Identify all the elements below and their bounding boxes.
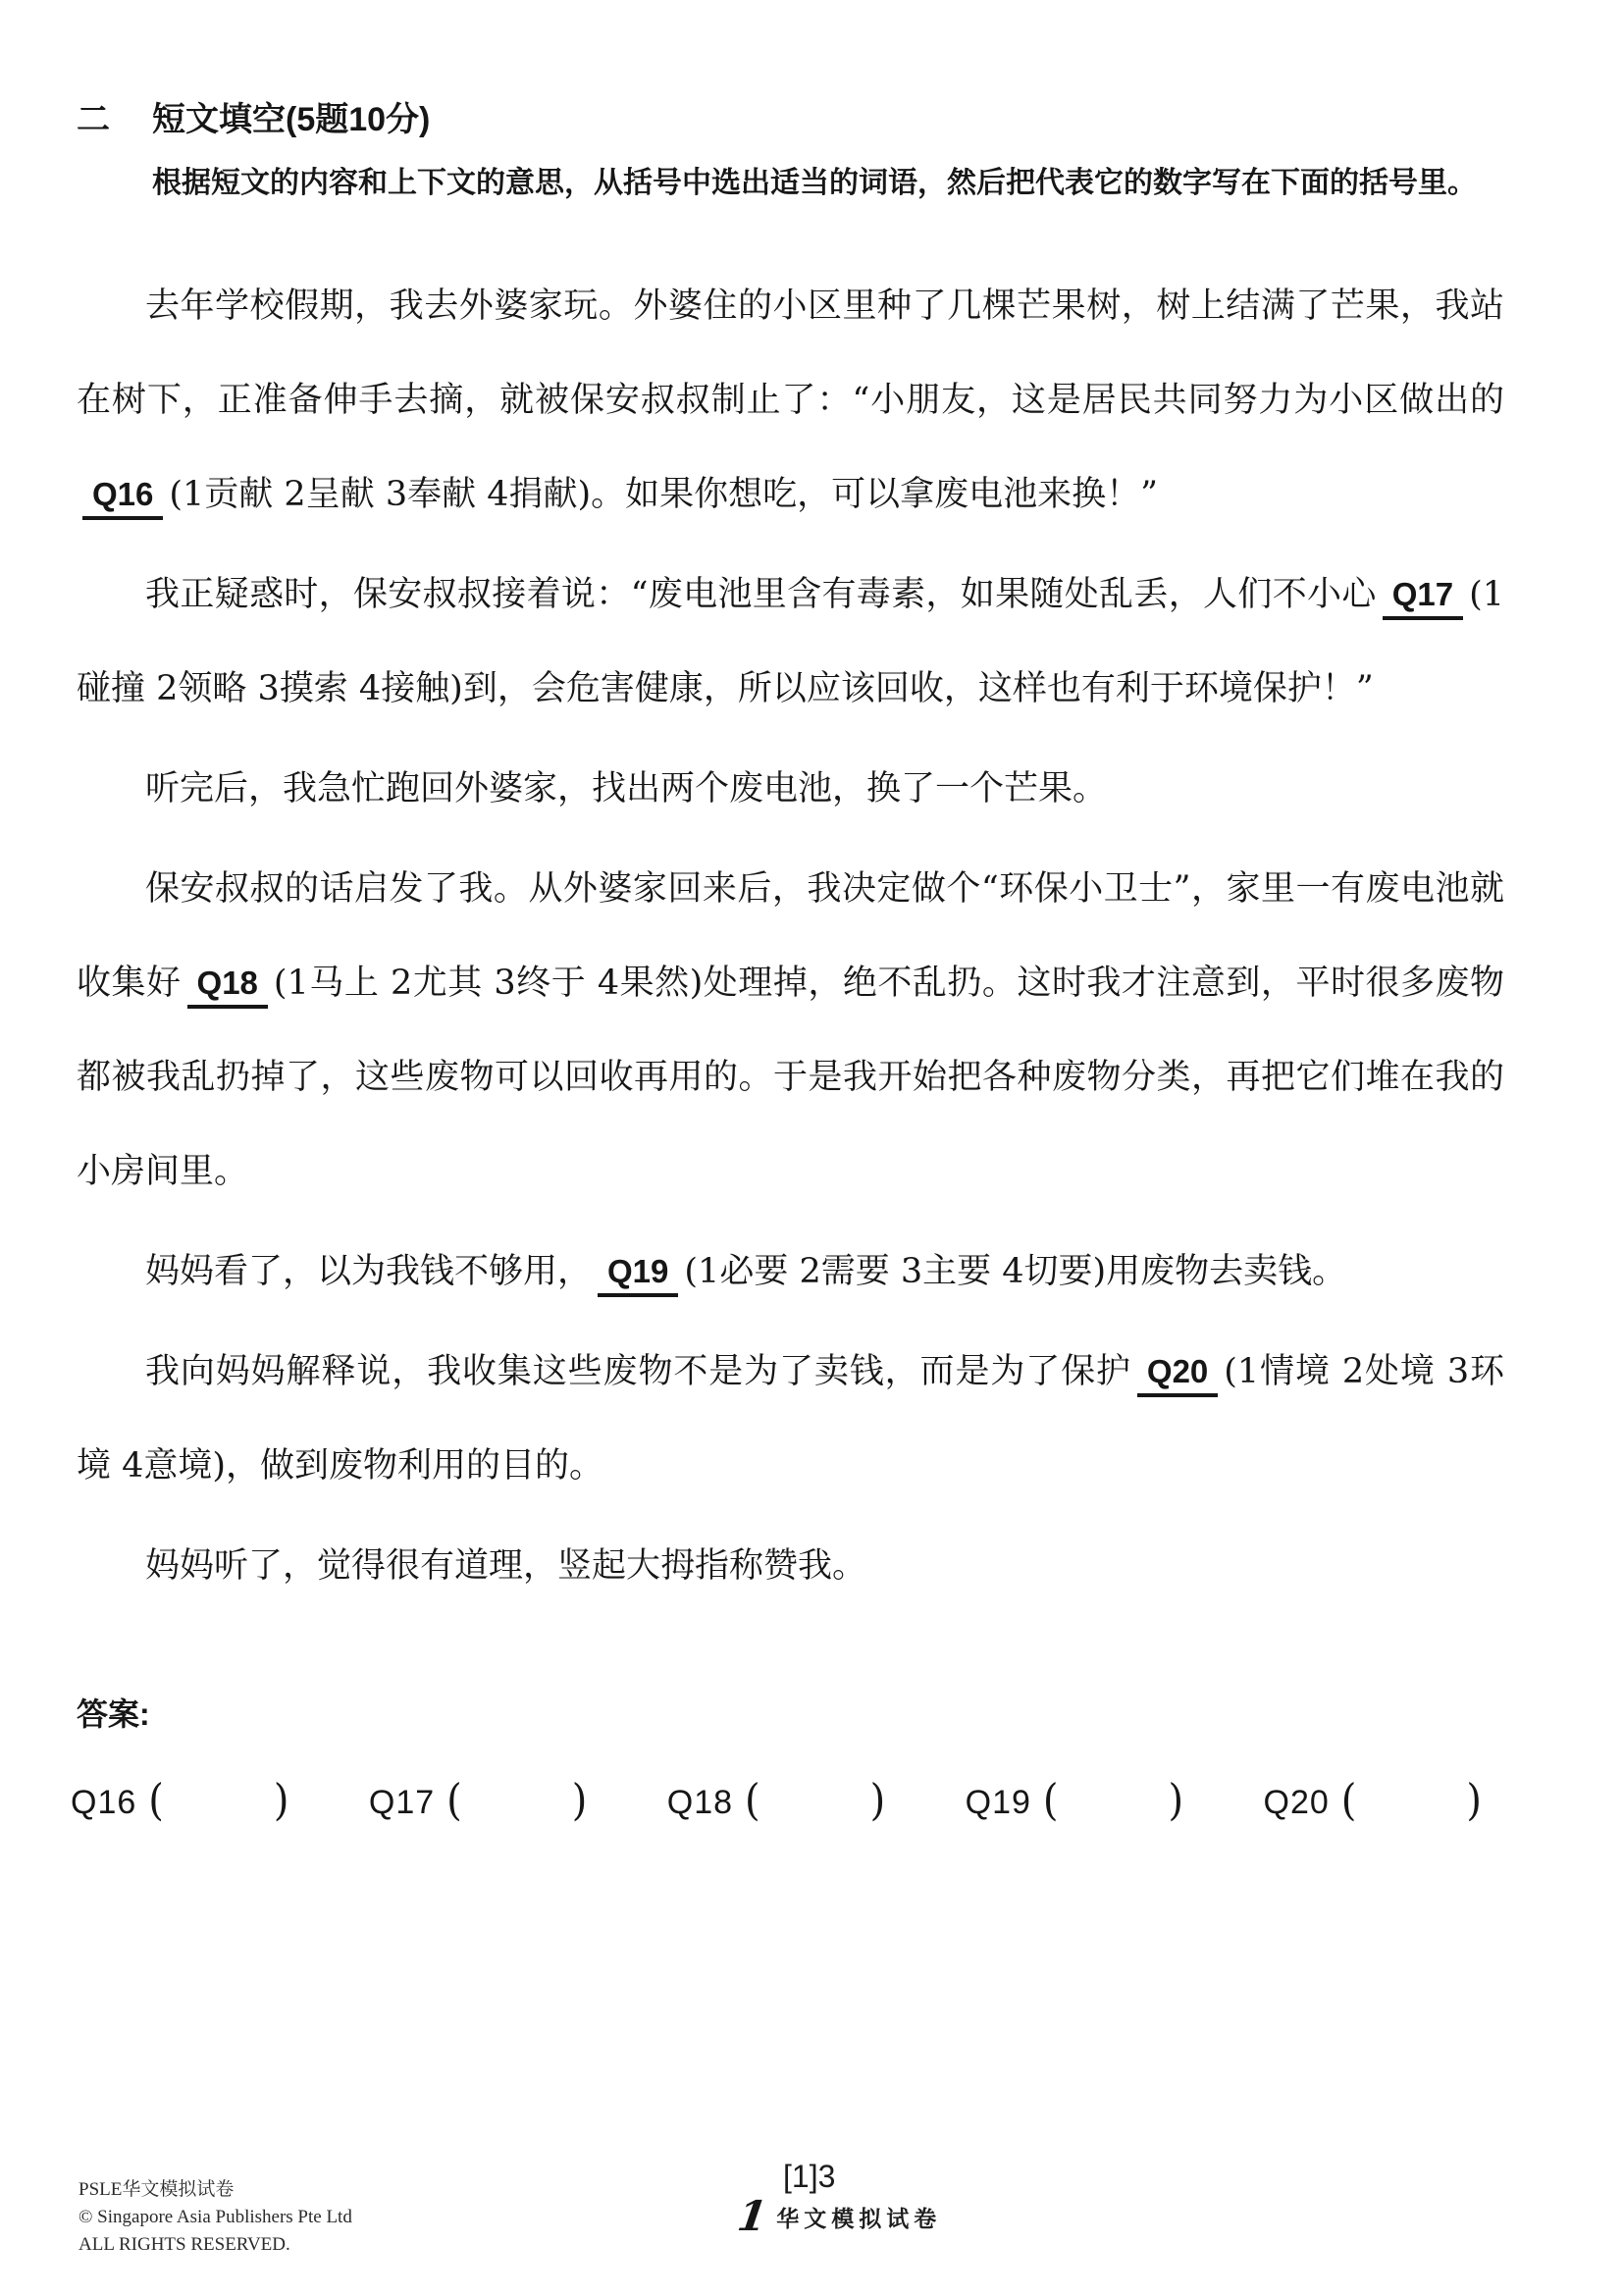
logo-one-icon: 1 xyxy=(735,2199,768,2234)
footer-series-title: PSLE华文模拟试卷 xyxy=(79,2176,352,2204)
section-number: 二 xyxy=(77,98,152,141)
answer-item-q17: Q17() xyxy=(369,1778,587,1823)
answer-q-label: Q18 xyxy=(667,1784,733,1822)
open-paren: ( xyxy=(745,1776,760,1826)
close-paren: ) xyxy=(1169,1776,1184,1826)
footer-rights: ALL RIGHTS RESERVED. xyxy=(79,2231,352,2259)
close-paren: ) xyxy=(274,1776,289,1826)
passage-paragraph: 妈妈听了，觉得很有道理，竖起大拇指称赞我。 xyxy=(77,1519,1504,1613)
fill-blank-q16[interactable]: Q16 xyxy=(82,475,163,520)
passage: 去年学校假期，我去外婆家玩。外婆住的小区里种了几棵芒果树，树上结满了芒果，我站在… xyxy=(77,259,1504,1613)
open-paren: ( xyxy=(1341,1776,1357,1826)
answer-item-q18: Q18() xyxy=(667,1778,885,1823)
passage-text: 我正疑惑时，保安叔叔接着说：“废电池里含有毒素，如果随处乱丢，人们不小心 xyxy=(145,575,1377,614)
section-header: 二 短文填空(5题10分) xyxy=(77,98,1509,141)
section-instructions: 根据短文的内容和上下文的意思，从括号中选出适当的词语，然后把代表它的数字写在下面… xyxy=(152,161,1479,206)
answer-q-label: Q17 xyxy=(369,1784,435,1822)
footer-copyright: © Singapore Asia Publishers Pte Ltd xyxy=(79,2204,352,2231)
passage-text: (1必要 2需要 3主要 4切要)用废物去卖钱。 xyxy=(684,1252,1346,1291)
publisher-logo: 1 华文模拟试卷 xyxy=(738,2199,941,2234)
fill-blank-q17[interactable]: Q17 xyxy=(1383,575,1463,620)
section-content: 二 短文填空(5题10分) 根据短文的内容和上下文的意思，从括号中选出适当的词语… xyxy=(77,98,1509,1823)
open-paren: ( xyxy=(1043,1776,1059,1826)
answer-item-q16: Q16() xyxy=(71,1778,288,1823)
answer-label: 答案: xyxy=(77,1690,1509,1735)
close-paren: ) xyxy=(870,1776,886,1826)
passage-text: (1马上 2尤其 3终于 4果然)处理掉，绝不乱扔。这时我才注意到，平时很多废物… xyxy=(77,964,1504,1191)
publisher-info: PSLE华文模拟试卷 © Singapore Asia Publishers P… xyxy=(79,2176,352,2259)
passage-paragraph: 我向妈妈解释说，我收集这些废物不是为了卖钱，而是为了保护Q20(1情境 2处境 … xyxy=(77,1325,1504,1513)
fill-blank-q18[interactable]: Q18 xyxy=(187,964,268,1009)
passage-paragraph: 妈妈看了，以为我钱不够用，Q19(1必要 2需要 3主要 4切要)用废物去卖钱。 xyxy=(77,1225,1504,1319)
fill-blank-q19[interactable]: Q19 xyxy=(598,1252,678,1297)
passage-text: 听完后，我急忙跑回外婆家，找出两个废电池，换了一个芒果。 xyxy=(145,769,1107,809)
answer-section: 答案: Q16()Q17()Q18()Q19()Q20() xyxy=(77,1690,1509,1823)
close-paren: ) xyxy=(1466,1776,1482,1826)
passage-text: (1贡献 2呈献 3奉献 4捐献)。如果你想吃，可以拿废电池来换！” xyxy=(169,475,1158,514)
section-title: 短文填空(5题10分) xyxy=(152,98,430,141)
passage-text: 我向妈妈解释说，我收集这些废物不是为了卖钱，而是为了保护 xyxy=(145,1352,1131,1391)
passage-paragraph: 我正疑惑时，保安叔叔接着说：“废电池里含有毒素，如果随处乱丢，人们不小心Q17(… xyxy=(77,548,1504,736)
passage-text: 去年学校假期，我去外婆家玩。外婆住的小区里种了几棵芒果树，树上结满了芒果，我站在… xyxy=(77,287,1504,420)
fill-blank-q20[interactable]: Q20 xyxy=(1137,1352,1218,1397)
answer-item-q19: Q19() xyxy=(966,1778,1183,1823)
answer-q-label: Q20 xyxy=(1264,1784,1330,1822)
answer-row: Q16()Q17()Q18()Q19()Q20() xyxy=(71,1778,1482,1823)
open-paren: ( xyxy=(148,1776,164,1826)
passage-text: 妈妈看了，以为我钱不够用， xyxy=(145,1252,592,1291)
passage-paragraph: 去年学校假期，我去外婆家玩。外婆住的小区里种了几棵芒果树，树上结满了芒果，我站在… xyxy=(77,259,1504,542)
answer-item-q20: Q20() xyxy=(1264,1778,1482,1823)
passage-paragraph: 听完后，我急忙跑回外婆家，找出两个废电池，换了一个芒果。 xyxy=(77,742,1504,836)
exam-page: 二 短文填空(5题10分) 根据短文的内容和上下文的意思，从括号中选出适当的词语… xyxy=(0,0,1623,2296)
answer-q-label: Q16 xyxy=(71,1784,136,1822)
close-paren: ) xyxy=(572,1776,588,1826)
passage-text: 妈妈听了，觉得很有道理，竖起大拇指称赞我。 xyxy=(145,1546,866,1586)
footer-center: [1]3 1 华文模拟试卷 xyxy=(738,2159,941,2234)
open-paren: ( xyxy=(446,1776,462,1826)
passage-paragraph: 保安叔叔的话启发了我。从外婆家回来后，我决定做个“环保小卫士”，家里一有废电池就… xyxy=(77,842,1504,1219)
answer-q-label: Q19 xyxy=(966,1784,1031,1822)
logo-brand-text: 华文模拟试卷 xyxy=(776,2201,941,2233)
page-number: [1]3 xyxy=(783,2159,941,2195)
